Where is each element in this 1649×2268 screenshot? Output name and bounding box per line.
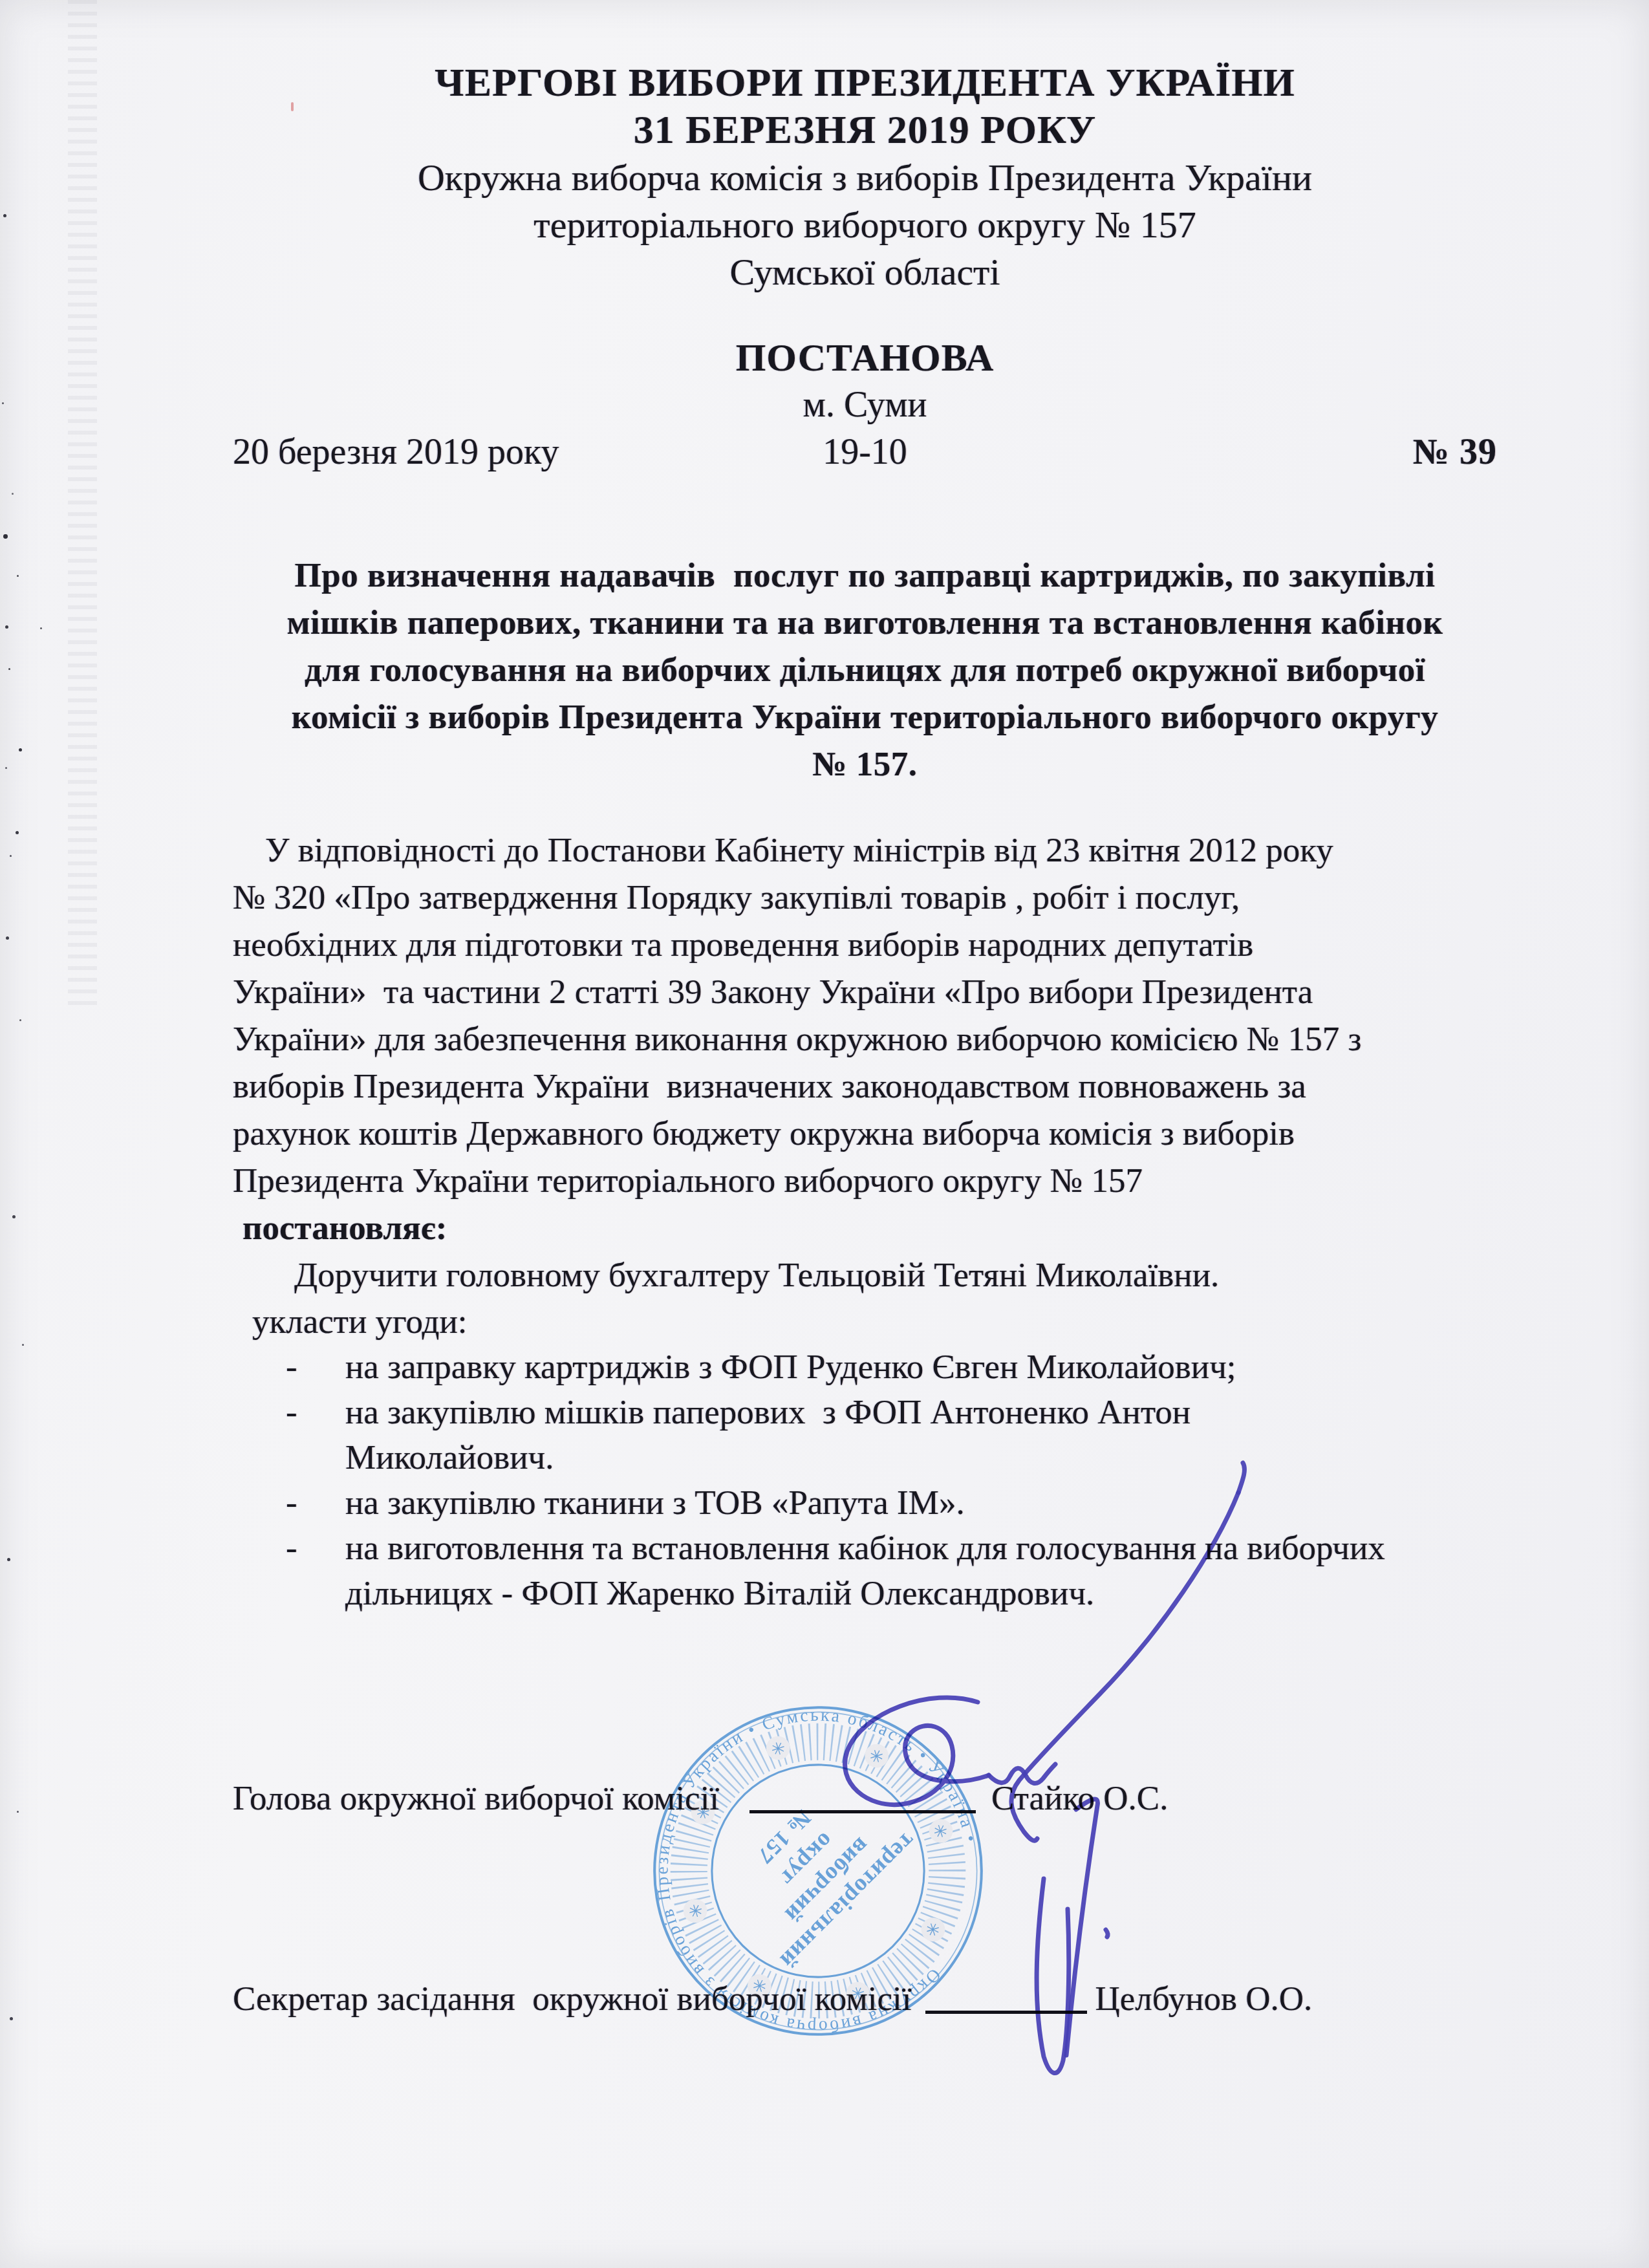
list-item: - на виготовлення та встановлення кабіно… bbox=[233, 1526, 1497, 1616]
subject-line: комісії з виборів Президента України тер… bbox=[233, 694, 1497, 741]
commission-region: Сумської області bbox=[233, 248, 1497, 296]
list-dash: - bbox=[286, 1390, 297, 1435]
subject-line: № 157. bbox=[233, 741, 1497, 788]
scan-speckles bbox=[0, 0, 2, 2]
list-item-text: Миколайович. bbox=[345, 1435, 1497, 1480]
document-header: ЧЕРГОВІ ВИБОРИ ПРЕЗИДЕНТА УКРАЇНИ 31 БЕР… bbox=[233, 59, 1497, 296]
election-title-line2: 31 БЕРЕЗНЯ 2019 РОКУ bbox=[233, 107, 1497, 154]
secretary-signature-ink bbox=[1037, 1799, 1108, 2073]
list-item-text: дільницях - ФОП Жаренко Віталій Олександ… bbox=[345, 1571, 1497, 1616]
preamble-line: України» для забезпечення виконання окру… bbox=[233, 1016, 1497, 1063]
commission-name-line2: територіального виборчого округу № 157 bbox=[233, 201, 1497, 248]
signature-name-secretary: Целбунов О.О. bbox=[1095, 1976, 1312, 2023]
agreements-list: - на заправку картриджів з ФОП Руденко Є… bbox=[233, 1345, 1497, 1616]
preamble-line: Президента України територіального вибор… bbox=[233, 1158, 1497, 1205]
preamble-line: України» та частини 2 статті 39 Закону У… bbox=[233, 969, 1497, 1016]
election-title-line1: ЧЕРГОВІ ВИБОРИ ПРЕЗИДЕНТА УКРАЇНИ bbox=[233, 59, 1497, 107]
scanned-document-page: ЧЕРГОВІ ВИБОРИ ПРЕЗИДЕНТА УКРАЇНИ 31 БЕР… bbox=[0, 0, 1649, 2268]
document-city: м. Суми bbox=[233, 382, 1497, 429]
document-type-title: ПОСТАНОВА bbox=[233, 334, 1497, 382]
list-dash: - bbox=[286, 1526, 297, 1571]
list-dash: - bbox=[286, 1480, 297, 1526]
subject-line: для голосування на виборчих дільницях дл… bbox=[233, 647, 1497, 694]
preamble-paragraph: У відповідності до Постанови Кабінету мі… bbox=[233, 827, 1497, 1205]
document-time: 19-10 bbox=[650, 429, 1080, 476]
preamble-line: виборів Президента України визначених за… bbox=[233, 1063, 1497, 1110]
round-stamp-seal: ✳ ✳ ✳ ✳ ✳ ✳ ✳ ✳ Окружна виборча комісія … bbox=[647, 1700, 989, 2042]
list-dash: - bbox=[286, 1345, 297, 1390]
subject-paragraph: Про визначення надавачів послуг по запра… bbox=[233, 552, 1497, 788]
preamble-line: У відповідності до Постанови Кабінету мі… bbox=[233, 827, 1497, 874]
preamble-line: рахунок коштів Державного бюджету окружн… bbox=[233, 1110, 1497, 1158]
resolves-keyword: постановляє: bbox=[242, 1205, 1497, 1252]
list-item-text: на закупівлю мішків паперових з ФОП Анто… bbox=[345, 1390, 1497, 1435]
document-number: № 39 bbox=[1080, 429, 1497, 476]
document-meta-row: 20 березня 2019 року 19-10 № 39 bbox=[233, 429, 1497, 476]
list-item: - на закупівлю тканини з ТОВ «Рапута ІМ»… bbox=[233, 1480, 1497, 1526]
list-item-text: на закупівлю тканини з ТОВ «Рапута ІМ». bbox=[345, 1480, 1497, 1526]
scan-red-mark bbox=[291, 102, 294, 111]
preamble-line: необхідних для підготовки та проведення … bbox=[233, 922, 1497, 969]
signature-name-head: Стайко О.С. bbox=[991, 1775, 1168, 1822]
list-item-text: на заправку картриджів з ФОП Руденко Євг… bbox=[345, 1345, 1497, 1390]
instruction-line1: Доручити головному бухгалтеру Тельцовій … bbox=[233, 1252, 1497, 1299]
document-date: 20 березня 2019 року bbox=[233, 429, 650, 476]
list-item: - на закупівлю мішків паперових з ФОП Ан… bbox=[233, 1390, 1497, 1480]
commission-name-line1: Окружна виборча комісія з виборів Презид… bbox=[233, 154, 1497, 201]
instruction-line2: укласти угоди: bbox=[252, 1299, 1497, 1345]
scan-streak-artifact bbox=[68, 0, 97, 1009]
preamble-line: № 320 «Про затвердження Порядку закупівл… bbox=[233, 874, 1497, 922]
list-item: - на заправку картриджів з ФОП Руденко Є… bbox=[233, 1345, 1497, 1390]
list-item-text: на виготовлення та встановлення кабінок … bbox=[345, 1526, 1497, 1571]
subject-line: мішків паперових, тканини та на виготовл… bbox=[233, 599, 1497, 647]
subject-line: Про визначення надавачів послуг по запра… bbox=[233, 552, 1497, 599]
